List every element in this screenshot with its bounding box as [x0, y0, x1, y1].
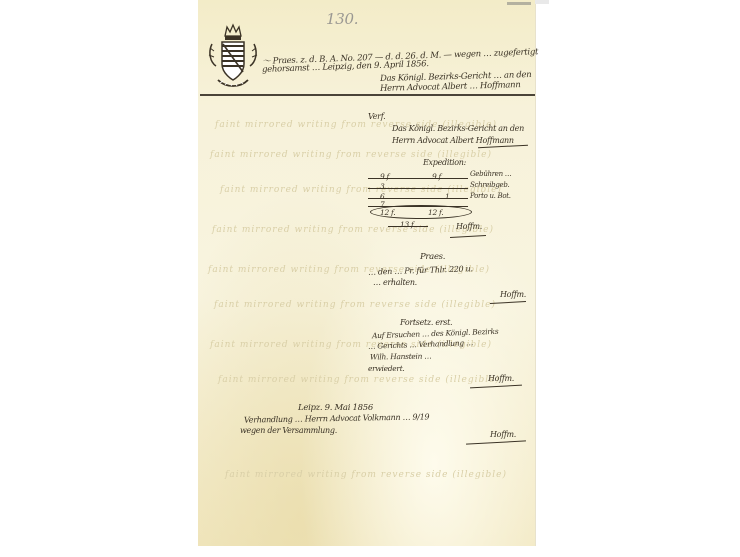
block3-signature: Hoffm. — [500, 290, 526, 299]
row-left: 12 f. — [380, 208, 395, 217]
block4-line-3: Wilh. Hanstein … — [370, 351, 432, 361]
block3-line-2: … erhalten. — [373, 278, 417, 287]
header-divider — [200, 94, 535, 96]
row-right: Schreibgeb. — [470, 181, 509, 189]
row-right: Porto u. Bot. — [470, 192, 511, 200]
folio-number: 130. — [326, 10, 358, 28]
block2-heading: Expedition: — [423, 158, 466, 167]
bleed-through-line: faint mirrored writing from reverse side… — [225, 470, 507, 480]
block2-signature: Hoffm. — [456, 222, 482, 231]
footer-date: Leipz. 9. Mai 1856 — [298, 403, 373, 413]
coat-of-arms-icon — [206, 22, 260, 92]
table-total: 13 f. — [400, 220, 415, 229]
row-left: 3. — [380, 182, 387, 191]
footer-line-2: wegen der Versammlung. — [240, 426, 337, 435]
block1-line-2: Herrn Advocat Albert Hoffmann — [392, 136, 514, 145]
bleed-through-line: faint mirrored writing from reverse side… — [218, 375, 500, 385]
bleed-through-line: faint mirrored writing from reverse side… — [214, 300, 496, 310]
bleed-through-line: faint mirrored writing from reverse side… — [220, 185, 502, 195]
page-edge — [535, 0, 549, 4]
block1-heading: Verf. — [368, 112, 385, 121]
bleed-through-line: faint mirrored writing from reverse side… — [212, 225, 494, 235]
block4-signature: Hoffm. — [488, 374, 514, 383]
block4-heading: Fortsetz. erst. — [400, 318, 452, 327]
row-left: 9 f. — [380, 172, 391, 181]
block3-heading: Praes. — [420, 252, 445, 262]
block1-line-1: Das Königl. Bezirks-Gericht an den — [392, 124, 524, 133]
footer-signature: Hoffm. — [490, 430, 516, 439]
row-right: Gebühren … — [470, 170, 511, 178]
corner-mark — [507, 2, 531, 5]
row-mid: 1. — [445, 192, 452, 201]
row-mid: 12 f. — [428, 208, 443, 217]
block4-line-4: erwiedert. — [368, 364, 405, 373]
row-mid: 9 f. — [432, 172, 443, 181]
